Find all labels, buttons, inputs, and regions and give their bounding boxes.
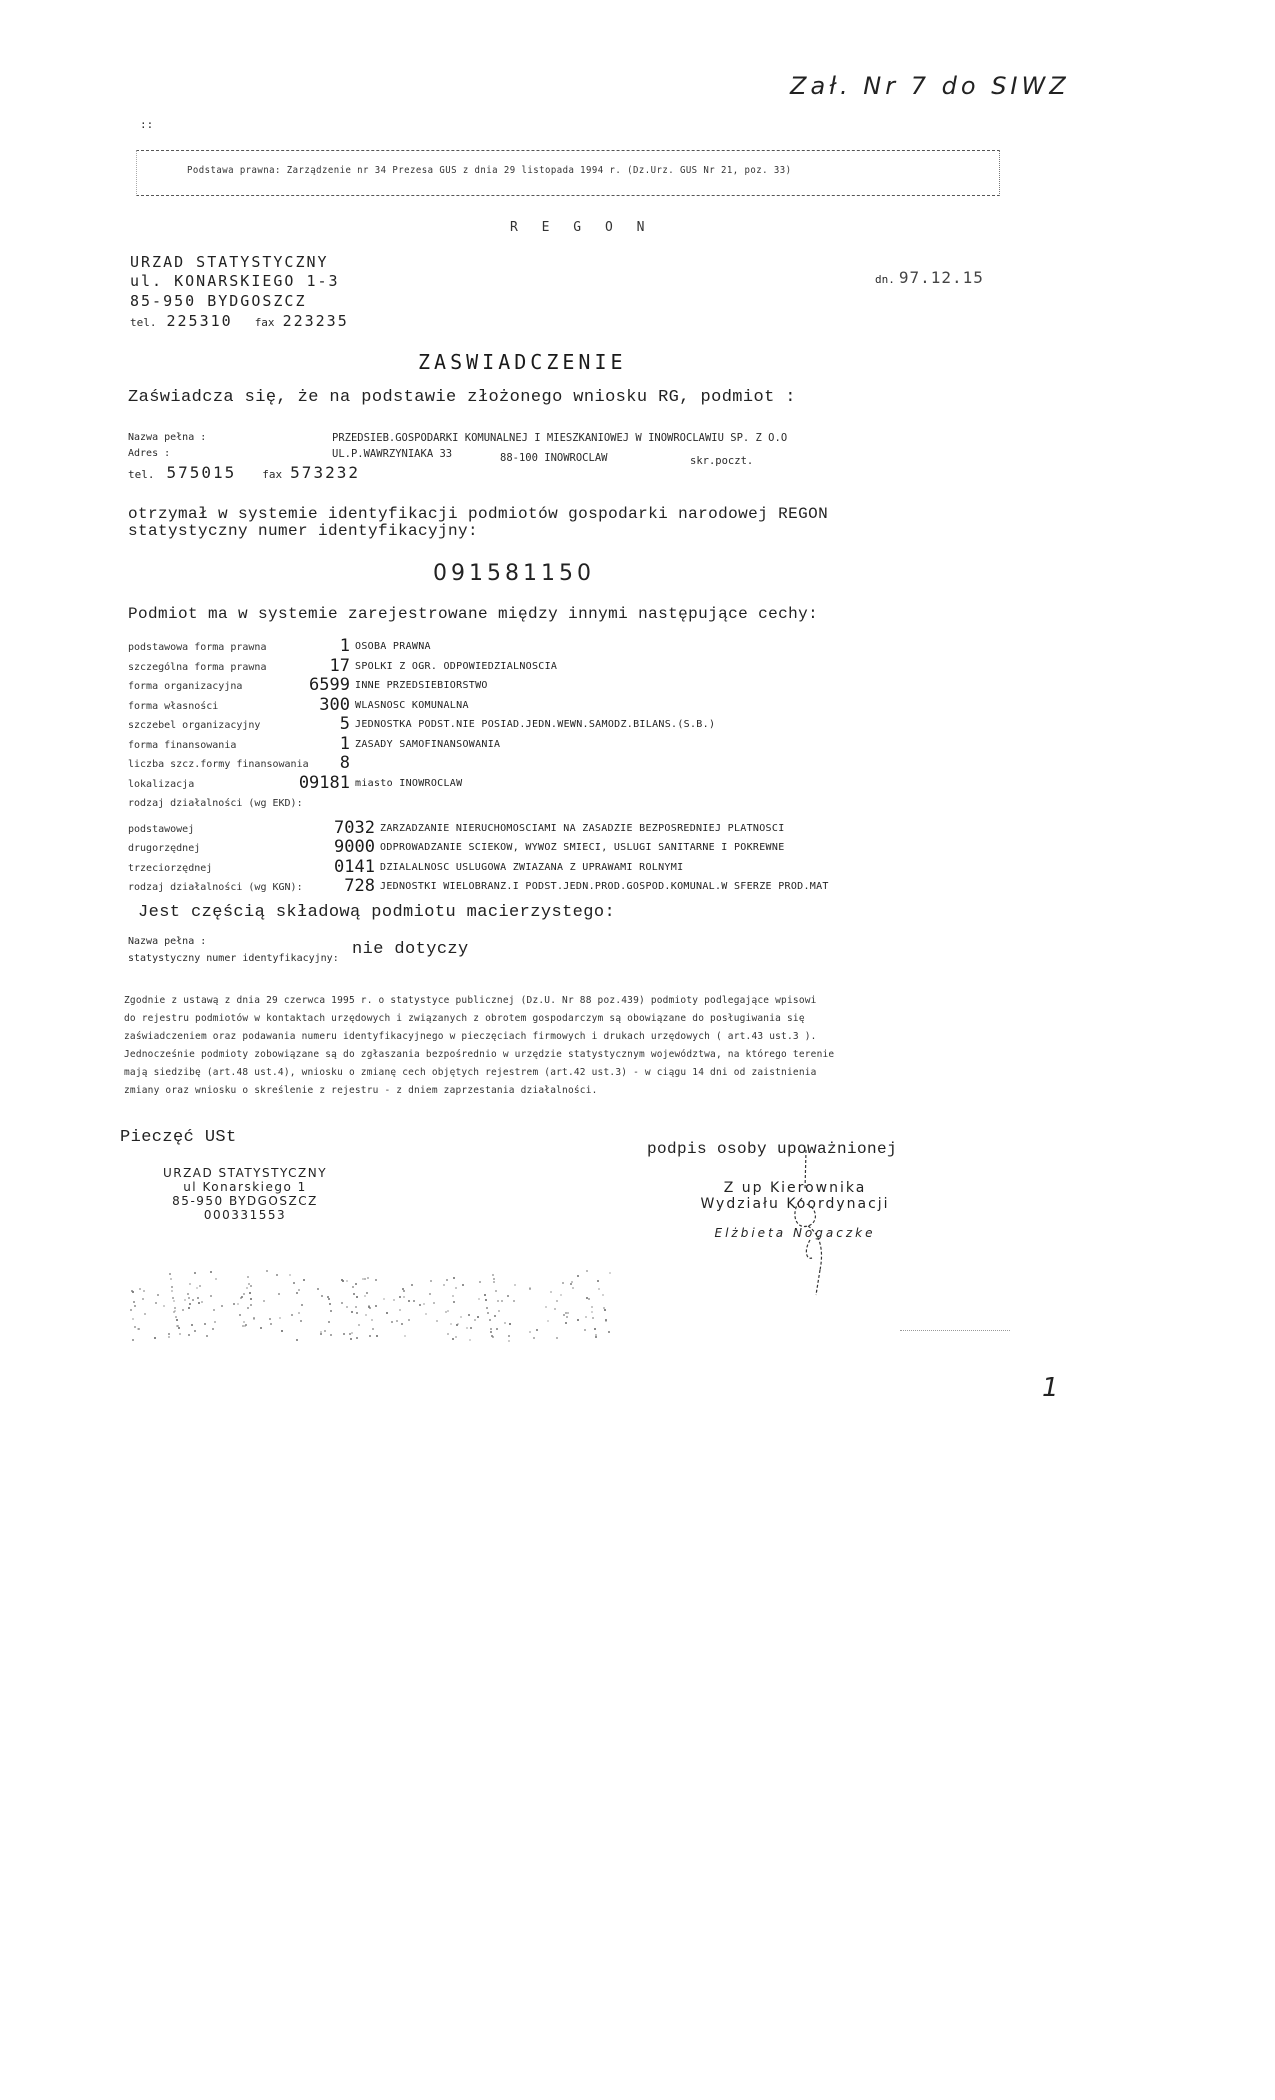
legal-basis-text: Podstawa prawna: Zarządzenie nr 34 Preze… xyxy=(187,165,791,176)
noise-speck xyxy=(247,1276,249,1278)
noise-speck xyxy=(174,1310,176,1312)
noise-speck xyxy=(137,1328,139,1330)
legal-notice-line: mają siedzibę (art.48 ust.4), wniosku o … xyxy=(124,1067,817,1078)
subject-name-label: Nazwa pełna : xyxy=(128,432,206,443)
system-name: R E G O N xyxy=(510,220,652,235)
noise-speck xyxy=(188,1307,190,1309)
issuer-contact: tel. 225310 fax 223235 xyxy=(130,312,349,331)
noise-speck xyxy=(171,1290,173,1292)
noise-speck xyxy=(189,1283,191,1285)
noise-speck xyxy=(383,1298,385,1300)
noise-speck xyxy=(343,1333,345,1335)
noise-speck xyxy=(269,1318,271,1320)
subject-city: 88-100 INOWROCLAW xyxy=(500,452,607,464)
feature-description: miasto INOWROCLAW xyxy=(355,778,462,789)
noise-speck xyxy=(172,1297,174,1299)
noise-speck xyxy=(408,1319,410,1321)
noise-speck xyxy=(289,1274,291,1276)
noise-speck xyxy=(429,1293,431,1295)
noise-speck xyxy=(563,1314,565,1316)
parent-heading: Jest częścią składową podmiotu macierzys… xyxy=(138,903,615,922)
noise-speck xyxy=(132,1318,134,1320)
noise-speck xyxy=(298,1312,300,1314)
noise-speck xyxy=(556,1337,558,1339)
noise-speck xyxy=(329,1303,331,1305)
noise-speck xyxy=(566,1316,568,1318)
noise-speck xyxy=(403,1296,405,1298)
date-label: dn. xyxy=(875,273,895,286)
noise-speck xyxy=(443,1284,445,1286)
feature-code: 8 xyxy=(230,753,350,773)
noise-speck xyxy=(447,1333,449,1335)
noise-speck xyxy=(177,1325,179,1327)
noise-speck xyxy=(514,1284,516,1286)
noise-speck xyxy=(490,1331,492,1333)
feature-description: ODPROWADZANIE SCIEKOW, WYWOZ SMIECI, USL… xyxy=(380,842,785,853)
noise-speck xyxy=(278,1293,280,1295)
noise-speck xyxy=(536,1329,538,1331)
noise-speck xyxy=(191,1324,193,1326)
noise-speck xyxy=(281,1330,283,1332)
feature-description: DZIALALNOSC USLUGOWA ZWIAZANA Z UPRAWAMI… xyxy=(380,862,683,873)
noise-speck xyxy=(591,1306,593,1308)
noise-speck xyxy=(545,1306,547,1308)
noise-speck xyxy=(402,1288,404,1290)
noise-speck xyxy=(301,1304,303,1306)
parent-name-label: Nazwa pełna : xyxy=(128,936,206,947)
noise-speck xyxy=(328,1298,330,1300)
noise-speck xyxy=(425,1313,427,1315)
noise-speck xyxy=(346,1280,348,1282)
noise-speck xyxy=(171,1286,173,1288)
noise-speck xyxy=(591,1311,593,1313)
noise-speck xyxy=(303,1279,305,1281)
noise-speck xyxy=(396,1320,398,1322)
feature-code: 7032 xyxy=(255,818,375,838)
noise-speck xyxy=(247,1307,249,1309)
noise-speck xyxy=(565,1322,567,1324)
stamp-line-1: URZAD STATYSTYCZNY xyxy=(140,1166,350,1180)
noise-speck xyxy=(176,1319,178,1321)
noise-speck xyxy=(155,1302,157,1304)
noise-speck xyxy=(408,1300,410,1302)
noise-speck xyxy=(175,1316,177,1318)
noise-speck xyxy=(346,1306,348,1308)
feature-code: 5 xyxy=(230,714,350,734)
legal-notice-line: Jednocześnie podmioty zobowiązane są do … xyxy=(124,1049,834,1060)
noise-speck xyxy=(419,1304,421,1306)
noise-speck xyxy=(189,1303,191,1305)
noise-speck xyxy=(298,1289,300,1291)
feature-description: ZARZADZANIE NIERUCHOMOSCIAMI NA ZASADZIE… xyxy=(380,823,785,834)
noise-speck xyxy=(291,1314,293,1316)
noise-speck xyxy=(250,1285,252,1287)
noise-speck xyxy=(320,1333,322,1335)
noise-speck xyxy=(184,1299,186,1301)
legal-notice-line: Zgodnie z ustawą z dnia 29 czerwca 1995 … xyxy=(124,995,817,1006)
noise-speck xyxy=(399,1296,401,1298)
noise-speck xyxy=(201,1301,203,1303)
noise-speck xyxy=(570,1283,572,1285)
document-title: ZASWIADCZENIE xyxy=(418,350,627,374)
noise-speck xyxy=(487,1312,489,1314)
issuer-street: ul. KONARSKIEGO 1-3 xyxy=(130,272,340,290)
noise-speck xyxy=(356,1312,358,1314)
noise-speck xyxy=(501,1300,503,1302)
date-value: 97.12.15 xyxy=(899,268,984,287)
noise-speck xyxy=(328,1321,330,1323)
noise-speck xyxy=(547,1320,549,1322)
noise-speck xyxy=(508,1335,510,1337)
noise-speck xyxy=(404,1335,406,1337)
noise-speck xyxy=(376,1335,378,1337)
noise-speck xyxy=(493,1281,495,1283)
noise-speck xyxy=(279,1317,281,1319)
noise-speck xyxy=(386,1312,388,1314)
noise-speck xyxy=(367,1277,369,1279)
noise-speck xyxy=(210,1271,212,1273)
noise-speck xyxy=(371,1319,373,1321)
noise-speck xyxy=(221,1305,223,1307)
noise-speck xyxy=(529,1288,531,1290)
noise-speck xyxy=(197,1297,199,1299)
noise-speck xyxy=(453,1277,455,1279)
noise-speck xyxy=(401,1323,403,1325)
noise-speck xyxy=(554,1308,556,1310)
feature-description: JEDNOSTKA PODST.NIE POSIAD.JEDN.WEWN.SAM… xyxy=(355,719,715,730)
noise-speck xyxy=(533,1337,535,1339)
received-line-1: otrzymał w systemie identyfikacji podmio… xyxy=(128,505,828,523)
noise-speck xyxy=(240,1297,242,1299)
noise-speck xyxy=(469,1339,471,1341)
noise-speck xyxy=(132,1291,134,1293)
feature-description: WLASNOSC KOMUNALNA xyxy=(355,700,469,711)
noise-speck xyxy=(375,1279,377,1281)
noise-speck xyxy=(447,1310,449,1312)
noise-speck xyxy=(605,1320,607,1322)
noise-speck xyxy=(608,1331,610,1333)
issuer-fax-label: fax xyxy=(255,316,275,329)
noise-speck xyxy=(192,1299,194,1301)
noise-speck xyxy=(144,1313,146,1315)
noise-speck xyxy=(157,1294,159,1296)
noise-speck xyxy=(243,1321,245,1323)
noise-speck xyxy=(179,1333,181,1335)
noise-speck xyxy=(399,1309,401,1311)
legal-notice-line: do rejestru podmiotów w kontaktach urzęd… xyxy=(124,1013,805,1024)
noise-speck xyxy=(169,1273,171,1275)
noise-speck xyxy=(245,1324,247,1326)
feature-description: OSOBA PRAWNA xyxy=(355,641,431,652)
noise-speck xyxy=(513,1300,515,1302)
issuer-city: 85-950 BYDGOSZCZ xyxy=(130,292,307,310)
noise-speck xyxy=(188,1334,190,1336)
handwritten-attachment-note: Zał. Nr 7 do SIWZ xyxy=(790,72,1070,100)
noise-speck xyxy=(132,1339,134,1341)
noise-speck xyxy=(477,1316,479,1318)
noise-speck xyxy=(455,1287,457,1289)
noise-speck xyxy=(492,1274,494,1276)
page-number-mark: 1 xyxy=(1042,1373,1059,1403)
noise-speck xyxy=(413,1300,415,1302)
noise-speck xyxy=(210,1295,212,1297)
noise-speck xyxy=(364,1295,366,1297)
noise-speck xyxy=(509,1323,511,1325)
noise-speck xyxy=(341,1279,343,1281)
noise-speck xyxy=(296,1292,298,1294)
noise-speck xyxy=(194,1272,196,1274)
noise-speck xyxy=(182,1309,184,1311)
noise-speck xyxy=(249,1292,251,1294)
noise-speck xyxy=(588,1298,590,1300)
noise-speck xyxy=(572,1287,574,1289)
noise-speck xyxy=(366,1292,368,1294)
parent-value: nie dotyczy xyxy=(352,940,469,959)
noise-speck xyxy=(498,1310,500,1312)
noise-speck xyxy=(455,1336,457,1338)
noise-speck xyxy=(484,1294,486,1296)
noise-speck xyxy=(497,1300,499,1302)
noise-speck xyxy=(586,1270,588,1272)
subject-address-label: Adres : xyxy=(128,448,170,459)
noise-speck xyxy=(529,1331,531,1333)
feature-code: 6599 xyxy=(230,675,350,695)
noise-speck xyxy=(239,1314,241,1316)
feature-code: 09181 xyxy=(230,773,350,793)
seal-label: Pieczęć USt xyxy=(120,1128,237,1147)
noise-speck xyxy=(321,1295,323,1297)
noise-speck xyxy=(567,1312,569,1314)
noise-speck xyxy=(260,1327,262,1329)
legal-notice-line: zmiany oraz wniosku o skreślenie z rejes… xyxy=(124,1085,598,1096)
legal-notice-line: zaświadczeniem oraz podawania numeru ide… xyxy=(124,1031,817,1042)
noise-speck xyxy=(556,1300,558,1302)
noise-speck xyxy=(594,1328,596,1330)
noise-speck xyxy=(133,1301,135,1303)
noise-speck xyxy=(143,1290,145,1292)
subject-phone-label: tel. xyxy=(128,468,155,481)
noise-speck xyxy=(317,1288,319,1290)
noise-speck xyxy=(213,1309,215,1311)
noise-speck xyxy=(364,1278,366,1280)
noise-speck xyxy=(423,1303,425,1305)
noise-speck xyxy=(466,1327,468,1329)
noise-speck xyxy=(250,1304,252,1306)
noise-speck xyxy=(351,1332,353,1334)
noise-speck xyxy=(491,1335,493,1337)
intro-text: Zaświadcza się, że na podstawie złożoneg… xyxy=(128,388,796,407)
noise-speck xyxy=(134,1305,136,1307)
noise-speck xyxy=(391,1321,393,1323)
subject-phone: 575015 xyxy=(167,463,237,482)
noise-speck xyxy=(242,1325,244,1327)
issue-date: dn. 97.12.15 xyxy=(875,268,984,288)
noise-speck xyxy=(194,1330,196,1332)
noise-speck xyxy=(460,1316,462,1318)
noise-speck xyxy=(353,1293,355,1295)
feature-label: rodzaj działalności (wg EKD): xyxy=(128,798,378,809)
stamp-line-3: 85-950 BYDGOSZCZ xyxy=(140,1194,350,1208)
noise-speck xyxy=(369,1335,371,1337)
noise-speck xyxy=(270,1323,272,1325)
noise-speck xyxy=(130,1309,132,1311)
issuer-phone: 225310 xyxy=(167,312,233,330)
noise-speck xyxy=(330,1334,332,1336)
noise-speck xyxy=(433,1302,435,1304)
noise-speck xyxy=(142,1298,144,1300)
noise-speck xyxy=(479,1281,481,1283)
noise-speck xyxy=(174,1307,176,1309)
noise-speck xyxy=(602,1294,604,1296)
stamp-line-2: ul Konarskiego 1 xyxy=(140,1180,350,1194)
noise-speck xyxy=(560,1294,562,1296)
noise-speck xyxy=(595,1334,597,1336)
noise-speck xyxy=(324,1330,326,1332)
noise-speck xyxy=(356,1337,358,1339)
noise-speck xyxy=(365,1314,367,1316)
noise-speck xyxy=(358,1324,360,1326)
noise-speck xyxy=(215,1278,217,1280)
subject-post-box: skr.poczt. xyxy=(690,455,753,467)
scan-line xyxy=(900,1330,1010,1331)
feature-description: INNE PRZEDSIEBIORSTWO xyxy=(355,680,488,691)
feature-code: 1 xyxy=(230,734,350,754)
noise-speck xyxy=(212,1328,214,1330)
noise-speck xyxy=(163,1305,165,1307)
noise-speck xyxy=(233,1303,235,1305)
noise-speck xyxy=(300,1320,302,1322)
noise-speck xyxy=(597,1280,599,1282)
noise-speck xyxy=(609,1272,611,1274)
noise-speck xyxy=(493,1278,495,1280)
noise-speck xyxy=(263,1300,265,1302)
feature-code: 1 xyxy=(230,636,350,656)
noise-speck xyxy=(293,1282,295,1284)
subject-name: PRZEDSIEB.GOSPODARKI KOMUNALNEJ I MIESZK… xyxy=(332,432,787,444)
stamp-line-4: 000331553 xyxy=(140,1208,350,1222)
legal-basis-box: Podstawa prawna: Zarządzenie nr 34 Preze… xyxy=(136,150,1000,196)
noise-speck xyxy=(168,1333,170,1335)
noise-speck xyxy=(276,1274,278,1276)
noise-speck xyxy=(474,1319,476,1321)
noise-speck xyxy=(450,1323,452,1325)
noise-speck xyxy=(462,1284,464,1286)
noise-speck xyxy=(485,1299,487,1301)
noise-speck xyxy=(604,1309,606,1311)
noise-speck xyxy=(199,1285,201,1287)
noise-speck xyxy=(178,1327,180,1329)
feature-code: 728 xyxy=(255,876,375,896)
noise-speck xyxy=(206,1335,208,1337)
noise-speck xyxy=(436,1320,438,1322)
noise-speck xyxy=(430,1280,432,1282)
noise-speck xyxy=(352,1286,354,1288)
noise-speck xyxy=(494,1315,496,1317)
noise-speck xyxy=(170,1278,172,1280)
noise-speck xyxy=(237,1303,239,1305)
noise-speck xyxy=(446,1279,448,1281)
noise-speck xyxy=(351,1311,353,1313)
noise-speck xyxy=(577,1319,579,1321)
feature-code: 0141 xyxy=(255,857,375,877)
noise-speck xyxy=(452,1338,454,1340)
parent-regon-label: statystyczny numer identyfikacyjny: xyxy=(128,953,339,964)
official-stamp: URZAD STATYSTYCZNY ul Konarskiego 1 85-9… xyxy=(140,1166,350,1222)
feature-code: 300 xyxy=(230,695,350,715)
feature-description: SPOLKI Z OGR. ODPOWIEDZIALNOSCIA xyxy=(355,661,557,672)
feature-description: JEDNOSTKI WIELOBRANZ.I PODST.JEDN.PROD.G… xyxy=(380,881,829,892)
noise-speck xyxy=(584,1329,586,1331)
noise-speck xyxy=(504,1322,506,1324)
noise-speck xyxy=(403,1290,405,1292)
handwritten-signature-icon xyxy=(780,1150,860,1300)
noise-speck xyxy=(372,1328,374,1330)
feature-description: ZASADY SAMOFINANSOWANIA xyxy=(355,739,500,750)
noise-speck xyxy=(341,1302,343,1304)
noise-speck xyxy=(250,1298,252,1300)
feature-code: 17 xyxy=(230,656,350,676)
noise-speck xyxy=(246,1287,248,1289)
issuer-phone-label: tel. xyxy=(130,316,157,329)
noise-speck xyxy=(585,1316,587,1318)
noise-speck xyxy=(266,1270,268,1272)
issuer-name: URZAD STATYSTYCZNY xyxy=(130,253,329,271)
noise-speck xyxy=(296,1339,298,1341)
noise-speck xyxy=(495,1290,497,1292)
noise-speck xyxy=(411,1284,413,1286)
noise-speck xyxy=(375,1305,377,1307)
noise-speck xyxy=(362,1278,364,1280)
noise-speck xyxy=(508,1340,510,1342)
noise-speck xyxy=(355,1283,357,1285)
noise-speck xyxy=(187,1293,189,1295)
noise-speck xyxy=(468,1314,470,1316)
noise-speck xyxy=(196,1287,198,1289)
noise-speck xyxy=(243,1293,245,1295)
noise-speck xyxy=(198,1302,200,1304)
noise-speck xyxy=(489,1319,491,1321)
noise-speck xyxy=(453,1301,455,1303)
noise-speck xyxy=(490,1328,492,1330)
noise-speck xyxy=(356,1296,358,1298)
noise-speck xyxy=(470,1327,472,1329)
subject-fax-label: fax xyxy=(262,468,282,481)
subject-fax: 573232 xyxy=(290,463,360,482)
noise-speck xyxy=(452,1295,454,1297)
noise-speck xyxy=(598,1288,600,1290)
noise-speck xyxy=(253,1318,255,1320)
noise-speck xyxy=(478,1298,480,1300)
noise-speck xyxy=(350,1338,352,1340)
noise-speck xyxy=(173,1300,175,1302)
noise-speck xyxy=(154,1337,156,1339)
subject-street: UL.P.WAWRZYNIAKA 33 xyxy=(332,448,452,460)
noise-speck xyxy=(330,1310,332,1312)
noise-speck xyxy=(507,1295,509,1297)
noise-speck xyxy=(168,1336,170,1338)
issuer-fax: 223235 xyxy=(283,312,349,330)
features-intro: Podmiot ma w systemie zarejestrowane mię… xyxy=(128,605,818,623)
top-mark: :: xyxy=(140,118,153,131)
noise-speck xyxy=(496,1328,498,1330)
noise-speck xyxy=(355,1306,357,1308)
noise-speck xyxy=(445,1311,447,1313)
noise-speck xyxy=(369,1307,371,1309)
noise-speck xyxy=(188,1297,190,1299)
noise-speck xyxy=(139,1288,141,1290)
feature-code: 9000 xyxy=(255,837,375,857)
noise-speck xyxy=(595,1336,597,1338)
